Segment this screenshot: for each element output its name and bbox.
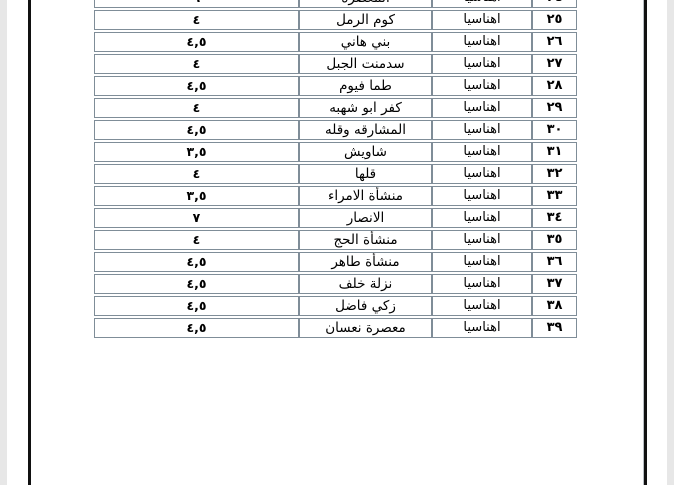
scanned-document-page: { "document": { "kind": "scanned-arabic-… [0, 0, 674, 485]
value-cell: ٤,٥ [94, 318, 299, 338]
district-cell: اهناسيا [432, 54, 532, 74]
village-name-cell: منشأة الامراء [299, 186, 432, 206]
table-body: ٢٤اهناسياالمعصرة٦٢٥اهناسياكوم الرمل٤٢٦اه… [94, 0, 577, 338]
page-frame-border-left [28, 0, 31, 485]
village-name-cell: قلها [299, 164, 432, 184]
village-name-cell: كوم الرمل [299, 10, 432, 30]
value-cell: ٤ [94, 230, 299, 250]
value-cell: ٤ [94, 10, 299, 30]
table-row: ٢٧اهناسياسدمنت الجبل٤ [94, 54, 577, 74]
village-name-cell: منشأة الحج [299, 230, 432, 250]
value-cell: ٤,٥ [94, 32, 299, 52]
district-cell: اهناسيا [432, 142, 532, 162]
village-name-cell: شاويش [299, 142, 432, 162]
scan-edge-right [667, 0, 674, 485]
value-cell: ٣,٥ [94, 186, 299, 206]
district-cell: اهناسيا [432, 186, 532, 206]
value-cell: ٤,٥ [94, 76, 299, 96]
row-number-cell: ٢٦ [532, 32, 577, 52]
district-cell: اهناسيا [432, 230, 532, 250]
district-cell: اهناسيا [432, 98, 532, 118]
table-row: ٣١اهناسياشاويش٣,٥ [94, 142, 577, 162]
table-row: ٣٨اهناسيازكي فاضل٤,٥ [94, 296, 577, 316]
district-cell: اهناسيا [432, 274, 532, 294]
district-cell: اهناسيا [432, 208, 532, 228]
row-number-cell: ٣٤ [532, 208, 577, 228]
row-number-cell: ٢٩ [532, 98, 577, 118]
village-name-cell: كفر ابو شهبه [299, 98, 432, 118]
table-row: ٣٤اهناسياالانصار٧ [94, 208, 577, 228]
value-cell: ٤,٥ [94, 274, 299, 294]
value-cell: ٤ [94, 54, 299, 74]
village-name-cell: بني هاني [299, 32, 432, 52]
row-number-cell: ٣٠ [532, 120, 577, 140]
village-name-cell: المشارقه وقله [299, 120, 432, 140]
district-cell: اهناسيا [432, 296, 532, 316]
district-cell: اهناسيا [432, 318, 532, 338]
table-row: ٢٩اهناسياكفر ابو شهبه٤ [94, 98, 577, 118]
value-cell: ٧ [94, 208, 299, 228]
row-number-cell: ٣١ [532, 142, 577, 162]
district-cell: اهناسيا [432, 252, 532, 272]
village-name-cell: سدمنت الجبل [299, 54, 432, 74]
row-number-cell: ٢٤ [532, 0, 577, 8]
table-row: ٣٣اهناسيامنشأة الامراء٣,٥ [94, 186, 577, 206]
district-cell: اهناسيا [432, 164, 532, 184]
village-name-cell: معصرة نعسان [299, 318, 432, 338]
table-row: ٢٦اهناسيابني هاني٤,٥ [94, 32, 577, 52]
value-cell: ٦ [94, 0, 299, 8]
row-number-cell: ٢٨ [532, 76, 577, 96]
table-row: ٣٠اهناسياالمشارقه وقله٤,٥ [94, 120, 577, 140]
village-name-cell: طما فيوم [299, 76, 432, 96]
value-cell: ٣,٥ [94, 142, 299, 162]
table-row: ٣٩اهناسيامعصرة نعسان٤,٥ [94, 318, 577, 338]
row-number-cell: ٣٥ [532, 230, 577, 250]
village-name-cell: منشأة طاهر [299, 252, 432, 272]
district-cell: اهناسيا [432, 10, 532, 30]
row-number-cell: ٣٣ [532, 186, 577, 206]
district-cell: اهناسيا [432, 0, 532, 8]
village-name-cell: الانصار [299, 208, 432, 228]
scan-edge-left [0, 0, 7, 485]
row-number-cell: ٣٧ [532, 274, 577, 294]
value-cell: ٤,٥ [94, 296, 299, 316]
village-name-cell: زكي فاضل [299, 296, 432, 316]
village-name-cell: المعصرة [299, 0, 432, 8]
table-row: ٣٦اهناسيامنشأة طاهر٤,٥ [94, 252, 577, 272]
row-number-cell: ٣٦ [532, 252, 577, 272]
district-cell: اهناسيا [432, 120, 532, 140]
row-number-cell: ٢٧ [532, 54, 577, 74]
table-row: ٣٢اهناسياقلها٤ [94, 164, 577, 184]
value-cell: ٤,٥ [94, 252, 299, 272]
table-row: ٣٧اهناسيانزلة خلف٤,٥ [94, 274, 577, 294]
page-frame-border-right [643, 0, 647, 485]
row-number-cell: ٣٢ [532, 164, 577, 184]
table-row: ٢٤اهناسياالمعصرة٦ [94, 0, 577, 8]
row-number-cell: ٣٩ [532, 318, 577, 338]
district-cell: اهناسيا [432, 32, 532, 52]
value-cell: ٤ [94, 98, 299, 118]
row-number-cell: ٢٥ [532, 10, 577, 30]
table-row: ٢٥اهناسياكوم الرمل٤ [94, 10, 577, 30]
row-number-cell: ٣٨ [532, 296, 577, 316]
value-cell: ٤,٥ [94, 120, 299, 140]
table-row: ٣٥اهناسيامنشأة الحج٤ [94, 230, 577, 250]
district-cell: اهناسيا [432, 76, 532, 96]
villages-table: ٢٤اهناسياالمعصرة٦٢٥اهناسياكوم الرمل٤٢٦اه… [94, 0, 577, 340]
value-cell: ٤ [94, 164, 299, 184]
village-name-cell: نزلة خلف [299, 274, 432, 294]
table-row: ٢٨اهناسياطما فيوم٤,٥ [94, 76, 577, 96]
